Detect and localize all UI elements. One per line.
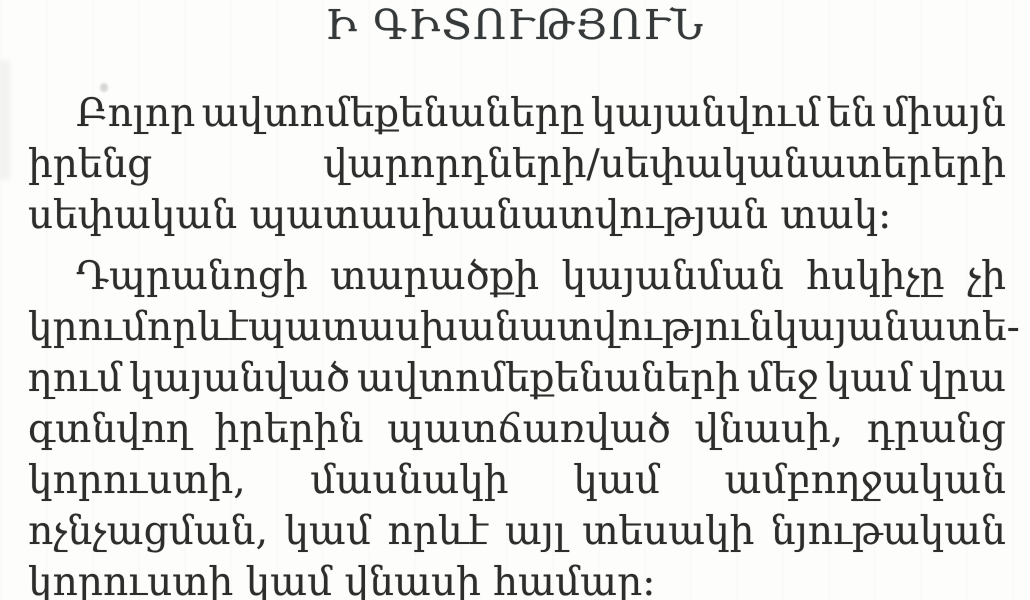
- text-line-p2-l6: ոչնչացման,կամորևէայլտեսակինյութական: [28, 506, 1006, 557]
- text-line-p1-l1: Բոլորավտոմեքենաներըկայանվումենմիայն: [28, 88, 1006, 139]
- word: կամ: [826, 353, 913, 404]
- word: վրա: [919, 353, 1006, 404]
- word: տարածքի: [330, 251, 539, 302]
- text-line-p2-l7: կորուստի կամ վնասի համար:: [28, 557, 1006, 600]
- word: իրենց: [28, 139, 152, 190]
- word: են: [827, 88, 876, 139]
- word: ամբողջական: [724, 455, 1006, 506]
- word: ղում: [28, 353, 122, 404]
- word: Դպրանոցի: [76, 251, 308, 302]
- text-line-p1-l2: իրենցվարորդների/սեփականատերերի: [28, 139, 1006, 190]
- word: գտնվող: [28, 404, 191, 455]
- word: այլ: [505, 506, 566, 557]
- word: դրանց: [867, 404, 1006, 455]
- word: Բոլոր: [76, 88, 195, 139]
- word: մեջ: [747, 353, 819, 404]
- word: ավտոմեքենաները: [202, 88, 585, 139]
- word: կրում: [28, 302, 147, 353]
- paragraph-1: Բոլորավտոմեքենաներըկայանվումենմիայնիրենց…: [28, 88, 1006, 241]
- word: միայն: [882, 88, 1006, 139]
- word: կայանված: [129, 353, 350, 404]
- scanned-notice-page: { "notice": { "title": "Ի ԳԻՏՈՒԹՅՈՒՆ", "…: [0, 0, 1030, 600]
- word: վարորդների/սեփականատերերի: [323, 139, 1006, 190]
- text-line-p2-l2: կրումորևէպատասխանատվությունկայանատե-: [28, 302, 1006, 353]
- word: կամ: [573, 455, 660, 506]
- word: կայանատե-: [774, 302, 1020, 353]
- text-line-p1-l3: սեփական պատասխանատվության տակ:: [28, 190, 1006, 241]
- word: կորուստի,: [28, 455, 246, 506]
- notice-document: Ի ԳԻՏՈՒԹՅՈՒՆ Բոլորավտոմեքենաներըկայանվու…: [0, 0, 1030, 600]
- word: կայանման: [562, 251, 784, 302]
- word: մասնակի: [310, 455, 508, 506]
- word: որևէ: [147, 302, 248, 353]
- text-line-p2-l3: ղումկայանվածավտոմեքենաներիմեջկամվրա: [28, 353, 1006, 404]
- word: պատասխանատվություն: [248, 302, 774, 353]
- text-line-p2-l5: կորուստի,մասնակիկամամբողջական: [28, 455, 1006, 506]
- word: իրերին: [215, 404, 364, 455]
- word: չի: [967, 251, 1006, 302]
- word: տեսակի: [582, 506, 754, 557]
- text-line-p2-l4: գտնվողիրերինպատճառվածվնասի,դրանց: [28, 404, 1006, 455]
- word: կամ: [284, 506, 371, 557]
- word: ավտոմեքենաների: [357, 353, 740, 404]
- text-line-p2-l1: Դպրանոցիտարածքիկայանմանհսկիչըչի: [28, 251, 1006, 302]
- notice-body: Բոլորավտոմեքենաներըկայանվումենմիայնիրենց…: [28, 88, 1006, 600]
- word: որևէ: [387, 506, 488, 557]
- word: պատճառված: [387, 404, 671, 455]
- paragraph-2: Դպրանոցիտարածքիկայանմանհսկիչըչիկրումորևէ…: [28, 251, 1006, 600]
- word: ոչնչացման,: [28, 506, 268, 557]
- word: հսկիչը: [806, 251, 944, 302]
- notice-title: Ի ԳԻՏՈՒԹՅՈՒՆ: [0, 0, 1030, 50]
- word: նյութական: [771, 506, 1006, 557]
- word: վնասի,: [695, 404, 844, 455]
- word: կայանվում: [591, 88, 820, 139]
